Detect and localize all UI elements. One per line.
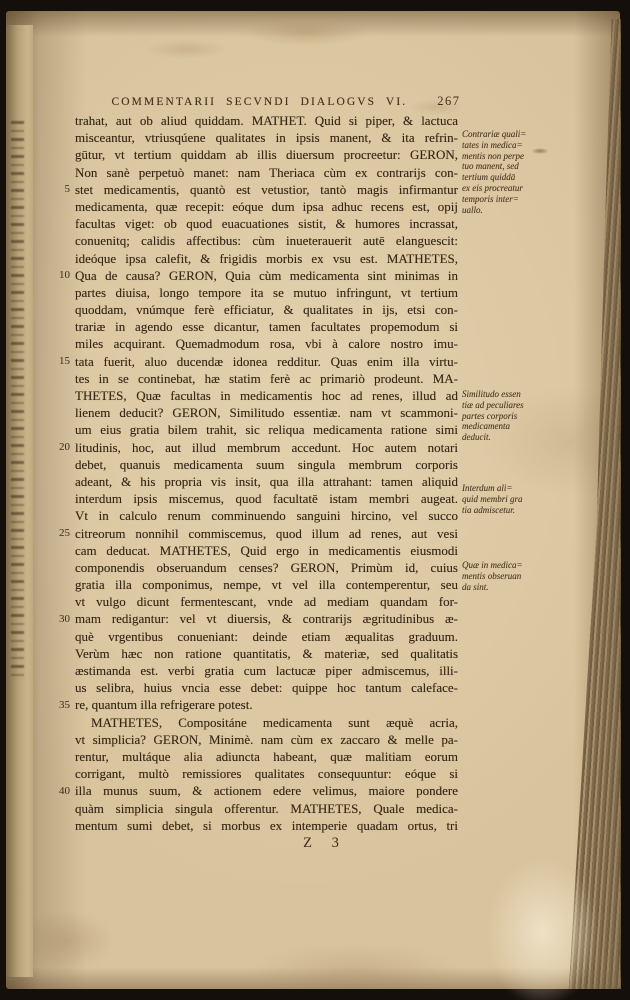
margin-note: Contrariæ quali=tates in medica=mentis n… xyxy=(462,129,554,215)
text-line: Verùm hæc non ratione quantitatis, & mat… xyxy=(75,645,458,662)
text-line: gratia illa componimus, nempe, vt vel il… xyxy=(75,576,458,593)
margin-note: Interdum ali=quid membri gratia admiscet… xyxy=(462,483,554,515)
text-line: citreorum nonnihil commiscemus, quod ill… xyxy=(75,525,458,542)
margin-note-line: deducit. xyxy=(462,432,554,443)
text-line: THETES, Quæ facultas in medicamentis hoc… xyxy=(75,387,458,404)
text-line: Non sanè perpetuò manet: nam Theriaca cù… xyxy=(75,164,458,181)
margin-note-line: temporis inter= xyxy=(462,194,554,205)
text-line: quoddam, vnúmque ferè efficiatur, & qual… xyxy=(75,301,458,318)
text-line: componendis obseruandum censes? GERON, P… xyxy=(75,559,458,576)
line-number: 5 xyxy=(46,181,70,198)
text-line: trahat, aut ob aliud quiddam. MATHET. Qu… xyxy=(75,112,458,129)
margin-note: Similitudo essentiæ ad peculiarespartes … xyxy=(462,389,554,443)
margin-note-line: Similitudo essen xyxy=(462,389,554,400)
text-line: quàm simplicia singula offerentur. MATHE… xyxy=(75,800,458,817)
line-number-column: 510152025303540 xyxy=(46,112,70,842)
text-line: tata fuerit, aluo ducendæ idonea redditu… xyxy=(75,353,458,370)
line-number: 15 xyxy=(46,353,70,370)
text-line: vt vulgo dicunt fermentescant, vnde ad m… xyxy=(75,593,458,610)
text-line: trariæ in agendo esse dicantur, tamen fa… xyxy=(75,318,458,335)
text-line: mam redigantur: vel vt diuersis, & contr… xyxy=(75,610,458,627)
line-number: 20 xyxy=(46,439,70,456)
margin-note-line: Interdum ali= xyxy=(462,483,554,494)
margin-note-line: tertium quiddā xyxy=(462,172,554,183)
facing-page-edge xyxy=(6,25,33,977)
text-line: us selibra, huius vncia esse debet: quip… xyxy=(75,679,458,696)
text-line: gūtur, vt tertium quiddam ab illis diuer… xyxy=(75,146,458,163)
margin-note-line: partes corporis xyxy=(462,411,554,422)
text-line: Qua de causa? GERON, Quia cùm medicament… xyxy=(75,267,458,284)
text-line: conuenitq; calidis affectibus: cùm inuet… xyxy=(75,232,458,249)
text-line: què vrgentibus conueniant: deinde etiam … xyxy=(75,628,458,645)
text-line: cam deducat. MATHETES, Quid ergo in medi… xyxy=(75,542,458,559)
text-block: trahat, aut ob aliud quiddam. MATHET. Qu… xyxy=(75,112,458,834)
text-line: corrigant, multò remissiores qualitates … xyxy=(75,765,458,782)
margin-note-line: uallo. xyxy=(462,205,554,216)
scanned-page: COMMENTARII SECVNDI DIALOGVS VI. 267 510… xyxy=(6,11,620,989)
margin-note-line: Contrariæ quali= xyxy=(462,129,554,140)
margin-note-line: medicamenta xyxy=(462,421,554,432)
text-line: um eius gratia bilem trahit, sic reliqua… xyxy=(75,421,458,438)
margin-note-line: tia admiscetur. xyxy=(462,505,554,516)
margin-notes-column: Contrariæ quali=tates in medica=mentis n… xyxy=(462,112,554,842)
text-line: Vt in calculo renum comminuendo sanguini… xyxy=(75,507,458,524)
text-line: partes diuisa, longo tempore ita se mutu… xyxy=(75,284,458,301)
text-line: re, quantum illa refrigerare potest. xyxy=(75,696,458,713)
margin-note-line: mentis non perpe xyxy=(462,151,554,162)
text-line: litudinis, hoc, aut illud membrum accedu… xyxy=(75,439,458,456)
text-line: medicamenta, quæ recepit: eóque dum ipsa… xyxy=(75,198,458,215)
running-title: COMMENTARII SECVNDI DIALOGVS VI. xyxy=(112,96,408,108)
text-line: vt simplicia? GERON, Minimè. nam cùm ex … xyxy=(75,731,458,748)
margin-note-line: ex eis procreatur xyxy=(462,183,554,194)
text-line: lienem deducit? GERON, Similitudo essent… xyxy=(75,404,458,421)
facing-page-edge-text-marks xyxy=(11,121,24,681)
text-line: rentur, multáque alia adiuncta habeant, … xyxy=(75,748,458,765)
line-number: 30 xyxy=(46,611,70,628)
text-line: MATHETES, Compositáne medicamenta sunt æ… xyxy=(75,714,458,731)
line-number: 25 xyxy=(46,525,70,542)
margin-note-line: tiæ ad peculiares xyxy=(462,400,554,411)
text-line: miles acquirant. Quemadmodum rosa, vbi à… xyxy=(75,335,458,352)
line-number: 10 xyxy=(46,267,70,284)
margin-note-line: Quæ in medica= xyxy=(462,560,554,571)
text-line: facultas viget: ob quod euacuationes sis… xyxy=(75,215,458,232)
margin-note-line: quid membri gra xyxy=(462,494,554,505)
page-header: COMMENTARII SECVNDI DIALOGVS VI. 267 xyxy=(76,94,496,109)
margin-note: Quæ in medica=mentis obseruanda sint. xyxy=(462,560,554,592)
page-corner-highlight xyxy=(486,857,598,1000)
folio-number: 267 xyxy=(437,94,460,109)
line-number: 40 xyxy=(46,783,70,800)
margin-note-line: tates in medica= xyxy=(462,140,554,151)
text-line: æstimanda est. verbi gratia cum lactucæ … xyxy=(75,662,458,679)
fore-edge-page-stack xyxy=(563,19,621,989)
text-line: interdum ipsis miscemus, quod facultatē … xyxy=(75,490,458,507)
margin-note-line: mentis obseruan xyxy=(462,571,554,582)
text-line: stet medicamentis, quantò est vetustior,… xyxy=(75,181,458,198)
book-scan: { "page": { "header": { "title": "COMMEN… xyxy=(0,0,630,1000)
line-number: 35 xyxy=(46,697,70,714)
text-line: misceantur, vtriusqúene qualitates in ip… xyxy=(75,129,458,146)
margin-note-line: tuo manent, sed xyxy=(462,161,554,172)
text-line: adeant, & his propria vis insit, qua ill… xyxy=(75,473,458,490)
margin-note-line: da sint. xyxy=(462,582,554,593)
signature-mark: Z 3 xyxy=(236,835,406,852)
text-line: mentum sumi debet, si morbus ex intemper… xyxy=(75,817,458,834)
text-line: ideóque ipsa calefit, & frigidis morbis … xyxy=(75,250,458,267)
text-line: illa munus suum, & actionem edere velimu… xyxy=(75,782,458,799)
text-line: debet, quanuis medicamenta suum singula … xyxy=(75,456,458,473)
text-line: tes in se continebat, hæ statim ferè ac … xyxy=(75,370,458,387)
